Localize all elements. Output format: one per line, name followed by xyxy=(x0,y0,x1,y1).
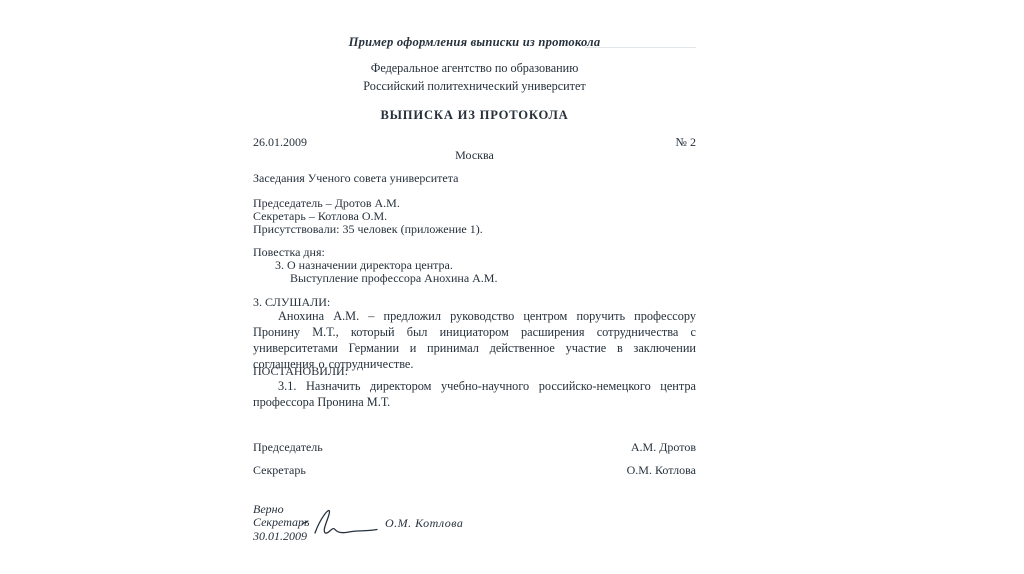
handwritten-signature-icon xyxy=(299,504,383,542)
document-number: № 2 xyxy=(676,136,696,149)
heard-section-label: 3. СЛУШАЛИ: xyxy=(253,296,696,309)
certification-name: О.М. Котлова xyxy=(385,517,463,530)
signature-name: О.М. Котлова xyxy=(627,464,696,477)
signature-row-chairman: Председатель А.М. Дротов xyxy=(253,441,696,454)
agenda-block: Повестка дня: 3. О назначении директора … xyxy=(253,246,696,286)
attendees-line: Присутствовали: 35 человек (приложение 1… xyxy=(253,223,696,236)
resolved-section-text: 3.1. Назначить директором учебно-научног… xyxy=(253,379,696,411)
signature-row-secretary: Секретарь О.М. Котлова xyxy=(253,464,696,477)
signature-role: Председатель xyxy=(253,441,323,454)
city-line: Москва xyxy=(253,149,696,162)
org-university-line: Российский политехнический университет xyxy=(253,80,696,93)
caption-rule xyxy=(585,47,696,48)
officials-block: Председатель – Дротов А.М. Секретарь – К… xyxy=(253,197,696,237)
resolved-section-label: ПОСТАНОВИЛИ: xyxy=(253,365,696,378)
signature-role: Секретарь xyxy=(253,464,306,477)
agenda-subitem: Выступление профессора Анохина А.М. xyxy=(253,272,696,285)
document-type-heading: ВЫПИСКА ИЗ ПРОТОКОЛА xyxy=(253,109,696,122)
document-date: 26.01.2009 xyxy=(253,136,307,149)
org-agency-line: Федеральное агентство по образованию xyxy=(253,62,696,75)
signature-name: А.М. Дротов xyxy=(631,441,696,454)
certification-block: Верно Секретарь 30.01.2009 О.М. Котлова xyxy=(253,503,696,543)
protocol-extract-document: Пример оформления выписки из протокола Ф… xyxy=(253,0,696,574)
session-line: Заседания Ученого совета университета xyxy=(253,172,696,185)
